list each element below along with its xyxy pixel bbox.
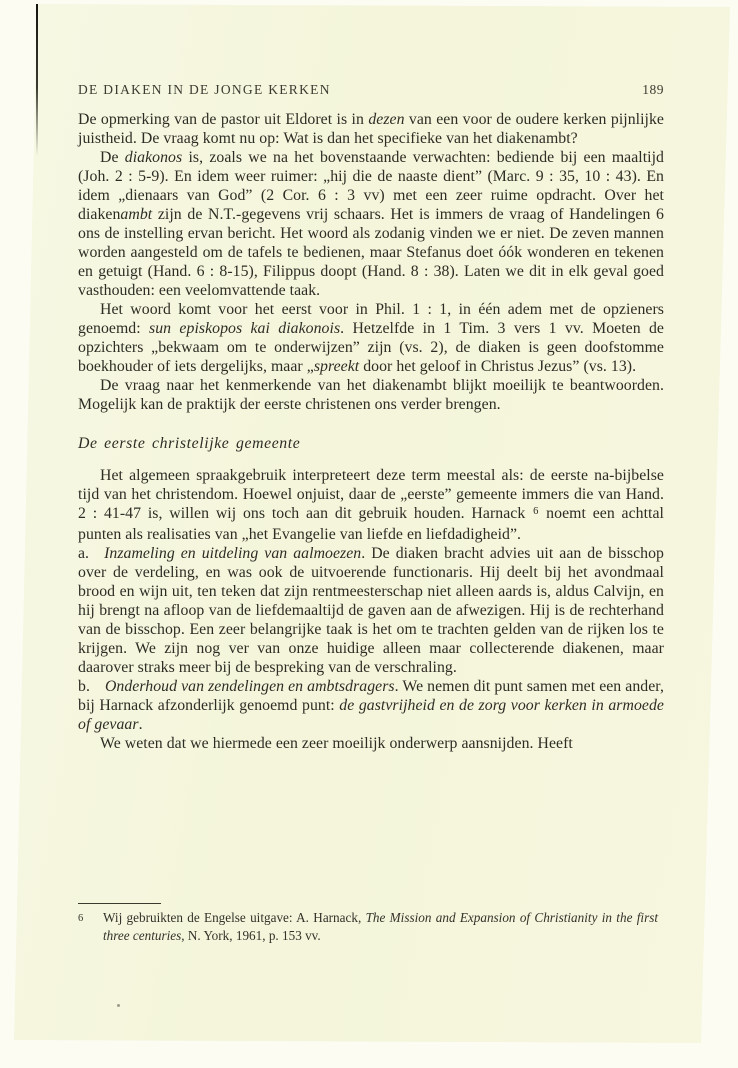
list-label: b. bbox=[78, 677, 90, 696]
text-run: sun episkopos kai diakonois bbox=[149, 320, 340, 337]
article-body: De opmerking van de pastor uit Eldoret i… bbox=[78, 110, 664, 753]
text-run: diakonos bbox=[125, 149, 182, 166]
section-heading: De eerste christelijke gemeente bbox=[78, 434, 664, 453]
paragraph: Het algemeen spraakgebruik interpreteert… bbox=[78, 466, 664, 544]
footnote-text: 6Wij gebruikten de Engelse uitgave: A. H… bbox=[78, 909, 658, 945]
text-run: . De diaken bracht advies uit aan de bis… bbox=[78, 545, 664, 676]
paragraph: De vraag naar het kenmerkende van het di… bbox=[78, 376, 664, 414]
page-content: DE DIAKEN IN DE JONGE KERKEN 189 De opme… bbox=[78, 82, 664, 753]
text-run: Wij gebruikten de Engelse uitgave: A. Ha… bbox=[103, 910, 366, 925]
list-label: a. bbox=[78, 544, 89, 563]
footnote: 6Wij gebruikten de Engelse uitgave: A. H… bbox=[78, 903, 658, 945]
scanned-book-page: DE DIAKEN IN DE JONGE KERKEN 189 De opme… bbox=[0, 0, 738, 1068]
list-item: b.Onderhoud van zendelingen en ambtsdrag… bbox=[78, 677, 664, 734]
text-run: De vraag naar het kenmerkende van het di… bbox=[78, 377, 664, 413]
text-run: Inzameling en uitdeling van aalmoezen bbox=[104, 545, 361, 562]
scan-edge-line bbox=[36, 4, 38, 156]
running-title: DE DIAKEN IN DE JONGE KERKEN bbox=[78, 82, 331, 98]
text-run: . bbox=[139, 716, 143, 733]
list-item: a.Inzameling en uitdeling van aalmoezen.… bbox=[78, 544, 664, 677]
paragraph: De diakonos is, zoals we na het bovensta… bbox=[78, 148, 664, 300]
page-number: 189 bbox=[642, 82, 664, 98]
text-run: De eerste christelijke gemeente bbox=[78, 435, 300, 452]
text-run: spreekt bbox=[314, 358, 359, 375]
text-run: dezen bbox=[368, 111, 404, 128]
text-run: door het geloof in Christus Jezus” (vs. … bbox=[359, 358, 636, 375]
text-run: zijn de N.T.-gegevens vrij schaars. Het … bbox=[78, 206, 664, 299]
footnote-marker: 6 bbox=[78, 910, 103, 928]
text-run: , N. York, 1961, p. 153 vv. bbox=[181, 928, 320, 943]
text-run: Onderhoud van zendelingen en ambtsdrager… bbox=[105, 678, 395, 695]
paragraph: Het woord komt voor het eerst voor in Ph… bbox=[78, 300, 664, 376]
text-run: ambt bbox=[120, 206, 152, 223]
text-run: De bbox=[100, 149, 125, 166]
scan-speck bbox=[117, 1004, 120, 1007]
page-header: DE DIAKEN IN DE JONGE KERKEN 189 bbox=[78, 82, 664, 98]
paragraph: De opmerking van de pastor uit Eldoret i… bbox=[78, 110, 664, 148]
text-run: 6 bbox=[532, 506, 539, 517]
footnote-rule bbox=[78, 903, 161, 904]
text-run: De opmerking van de pastor uit Eldoret i… bbox=[78, 111, 368, 128]
paragraph: We weten dat we hiermede een zeer moeili… bbox=[78, 734, 664, 753]
text-run: We weten dat we hiermede een zeer moeili… bbox=[100, 735, 573, 752]
